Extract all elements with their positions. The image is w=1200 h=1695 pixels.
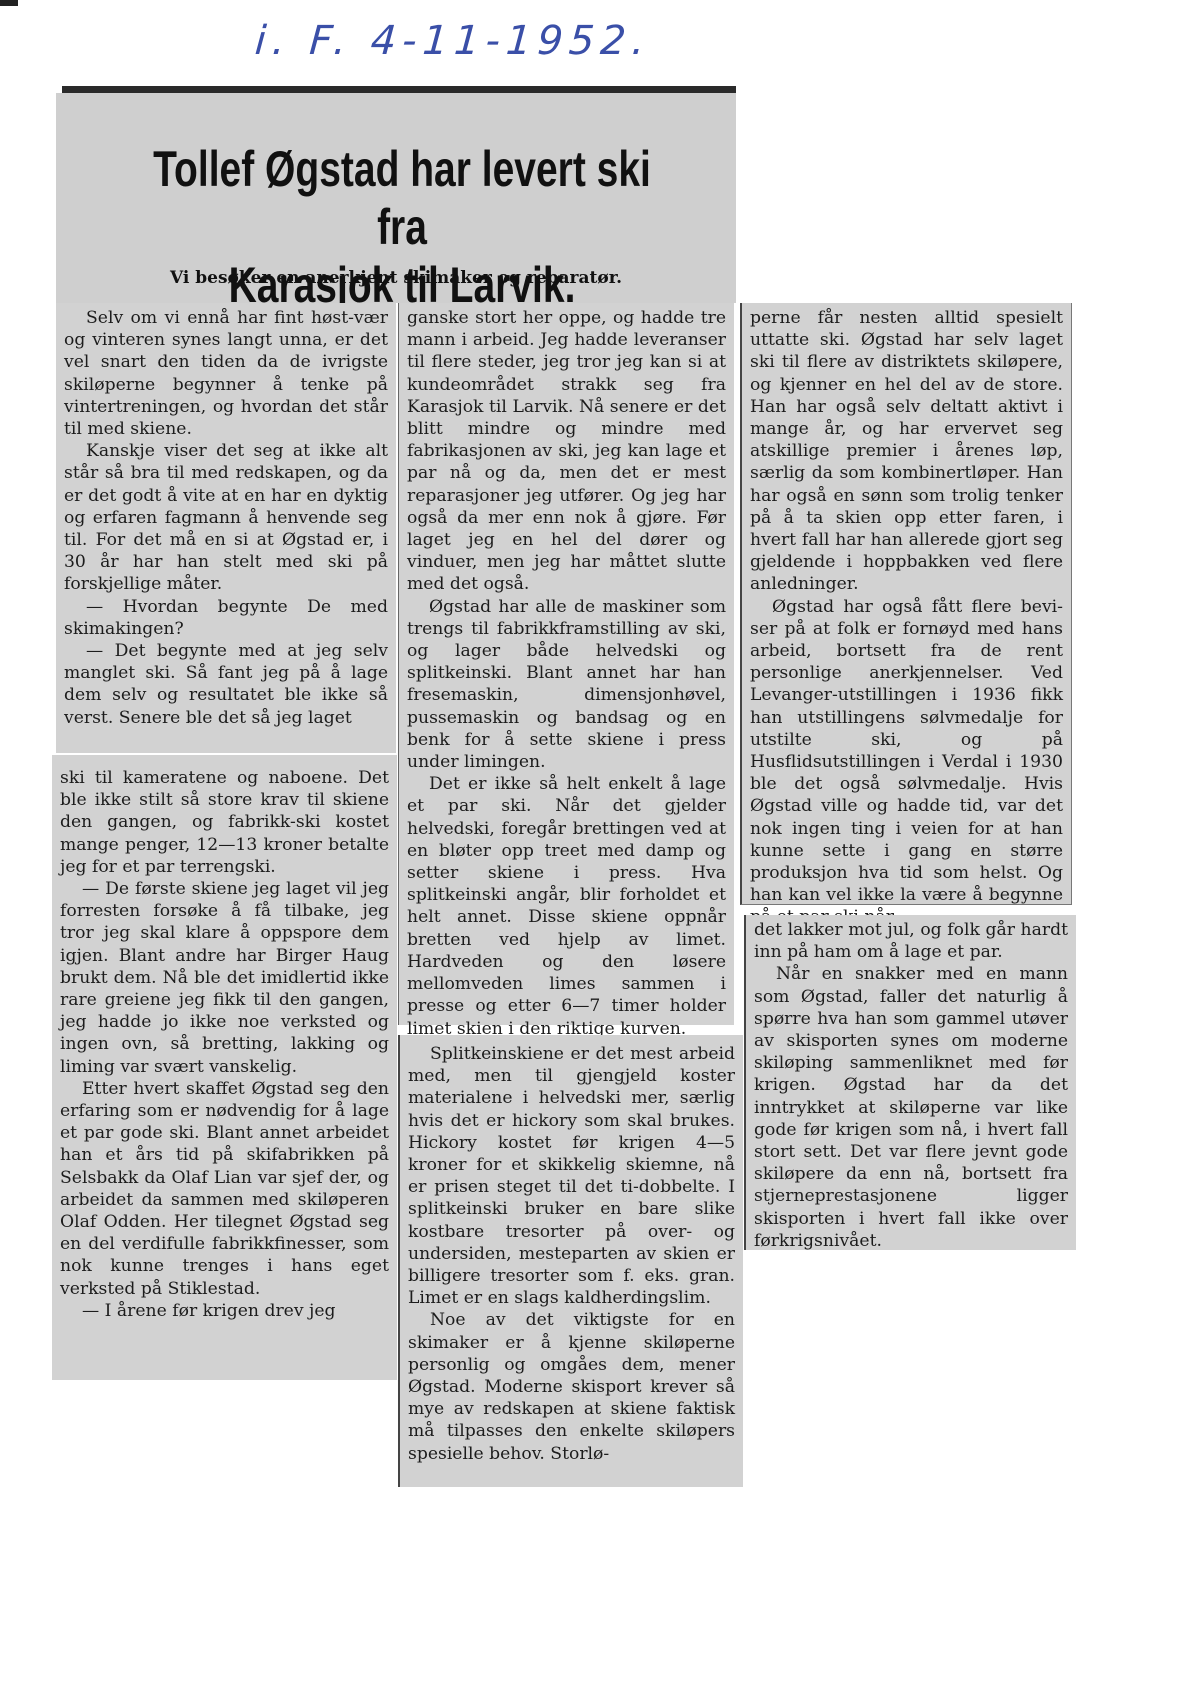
paragraph: Øgstad har også fått flere bevi-ser på a…	[750, 596, 1063, 929]
paragraph: — Det begynte med at jeg selv manglet sk…	[64, 640, 388, 729]
scan-corner-mark	[0, 0, 18, 6]
column-3-bottom: det lakker mot jul, og folk går hardt in…	[744, 915, 1076, 1250]
paragraph: det lakker mot jul, og folk går hardt in…	[754, 919, 1068, 963]
column-1-top: Selv om vi ennå har fint høst-vær og vin…	[56, 303, 396, 753]
paragraph: — Hvordan begynte De med skimakingen?	[64, 596, 388, 640]
paragraph: Noe av det viktigste for en skimaker er …	[408, 1309, 735, 1464]
paragraph: ski til kameratene og naboene. Det ble i…	[60, 767, 389, 878]
paragraph: — I årene før krigen drev jeg	[60, 1300, 389, 1322]
paragraph: Når en snakker med en mann som Øgstad, f…	[754, 963, 1068, 1252]
paragraph: Øgstad har alle de maskiner som trengs t…	[407, 596, 726, 774]
paragraph: Kanskje viser det seg at ikke alt står s…	[64, 440, 388, 595]
paragraph: ganske stort her oppe, og hadde tre mann…	[407, 307, 726, 596]
paragraph: — De første skiene jeg laget vil jeg for…	[60, 878, 389, 1078]
column-2-bottom: Splitkeinskiene er det mest arbeid med, …	[398, 1035, 743, 1487]
paragraph: Selv om vi ennå har fint høst-vær og vin…	[64, 307, 388, 440]
column-1-bottom: ski til kameratene og naboene. Det ble i…	[52, 755, 397, 1380]
headline-line-1: Tollef Øgstad har levert ski fra	[137, 140, 667, 256]
paragraph: Splitkeinskiene er det mest arbeid med, …	[408, 1043, 735, 1309]
paragraph: Det er ikke så helt enkelt å lage et par…	[407, 773, 726, 1039]
paragraph: perne får nesten alltid spesielt uttatte…	[750, 307, 1063, 596]
handwritten-date-note: i. F. 4-11-1952.	[253, 18, 652, 64]
paragraph: Etter hvert skaffet Øgstad seg den erfar…	[60, 1078, 389, 1300]
column-3-top: perne får nesten alltid spesielt uttatte…	[740, 303, 1072, 905]
column-2-top: ganske stort her oppe, og hadde tre mann…	[398, 303, 734, 1025]
subheadline: Vi besøker en anerkjent skimaker og repa…	[56, 268, 736, 288]
top-rule	[62, 86, 736, 93]
